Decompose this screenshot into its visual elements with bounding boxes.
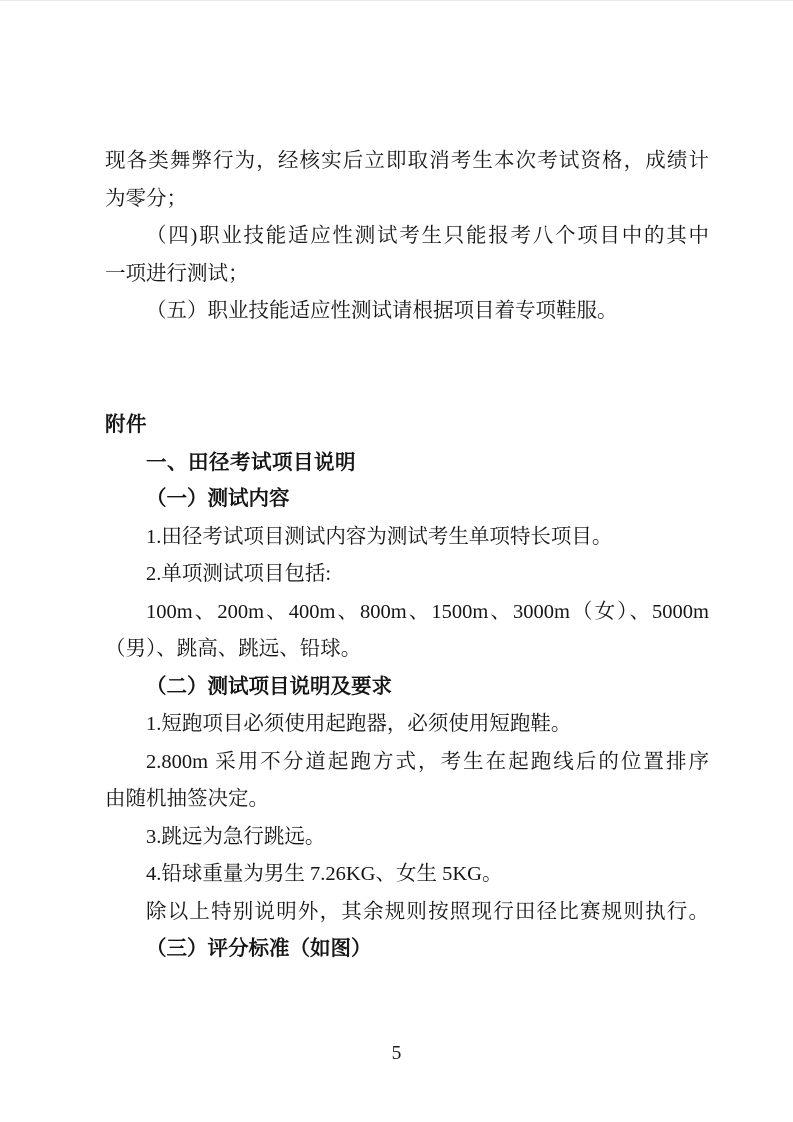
- text-line: 3.跳远为急行跳远。: [105, 819, 709, 857]
- document-page: 现各类舞弊行为，经核实后立即取消考生本次考试资格，成绩计为零分；（四)职业技能适…: [0, 0, 793, 1122]
- text-line: 为零分；: [105, 181, 709, 219]
- intro-paragraphs: 现各类舞弊行为，经核实后立即取消考生本次考试资格，成绩计为零分；（四)职业技能适…: [105, 143, 709, 331]
- text-line: （五）职业技能适应性测试请根据项目着专项鞋服。: [105, 293, 709, 331]
- text-line: 1.田径考试项目测试内容为测试考生单项特长项目。: [105, 519, 709, 557]
- text-line: （男）、跳高、跳远、铅球。: [105, 631, 709, 669]
- section-heading: （一）测试内容: [105, 481, 709, 519]
- text-line: 2.800m 采用不分道起跑方式，考生在起跑线后的位置排序: [105, 744, 709, 782]
- section-heading: 附件: [105, 406, 709, 444]
- text-line: 现各类舞弊行为，经核实后立即取消考生本次考试资格，成绩计: [105, 143, 709, 181]
- section-heading: （二）测试项目说明及要求: [105, 669, 709, 707]
- text-line: 4.铅球重量为男生 7.26KG、女生 5KG。: [105, 856, 709, 894]
- text-line: 1.短跑项目必须使用起跑器，必须使用短跑鞋。: [105, 706, 709, 744]
- section-heading: 一、田径考试项目说明: [105, 444, 709, 482]
- page-number: 5: [0, 1039, 793, 1069]
- attachment-section: 附件一、田径考试项目说明（一）测试内容1.田径考试项目测试内容为测试考生单项特长…: [105, 406, 709, 969]
- text-line: 一项进行测试；: [105, 256, 709, 294]
- text-line: 由随机抽签决定。: [105, 781, 709, 819]
- text-line: （四)职业技能适应性测试考生只能报考八个项目中的其中: [105, 218, 709, 256]
- text-line: 2.单项测试项目包括:: [105, 556, 709, 594]
- section-heading: （三）评分标准（如图）: [105, 931, 709, 969]
- text-line: 100m、200m、400m、800m、1500m、3000m（女）、5000m: [105, 594, 709, 632]
- text-line: 除以上特别说明外，其余规则按照现行田径比赛规则执行。: [105, 894, 709, 932]
